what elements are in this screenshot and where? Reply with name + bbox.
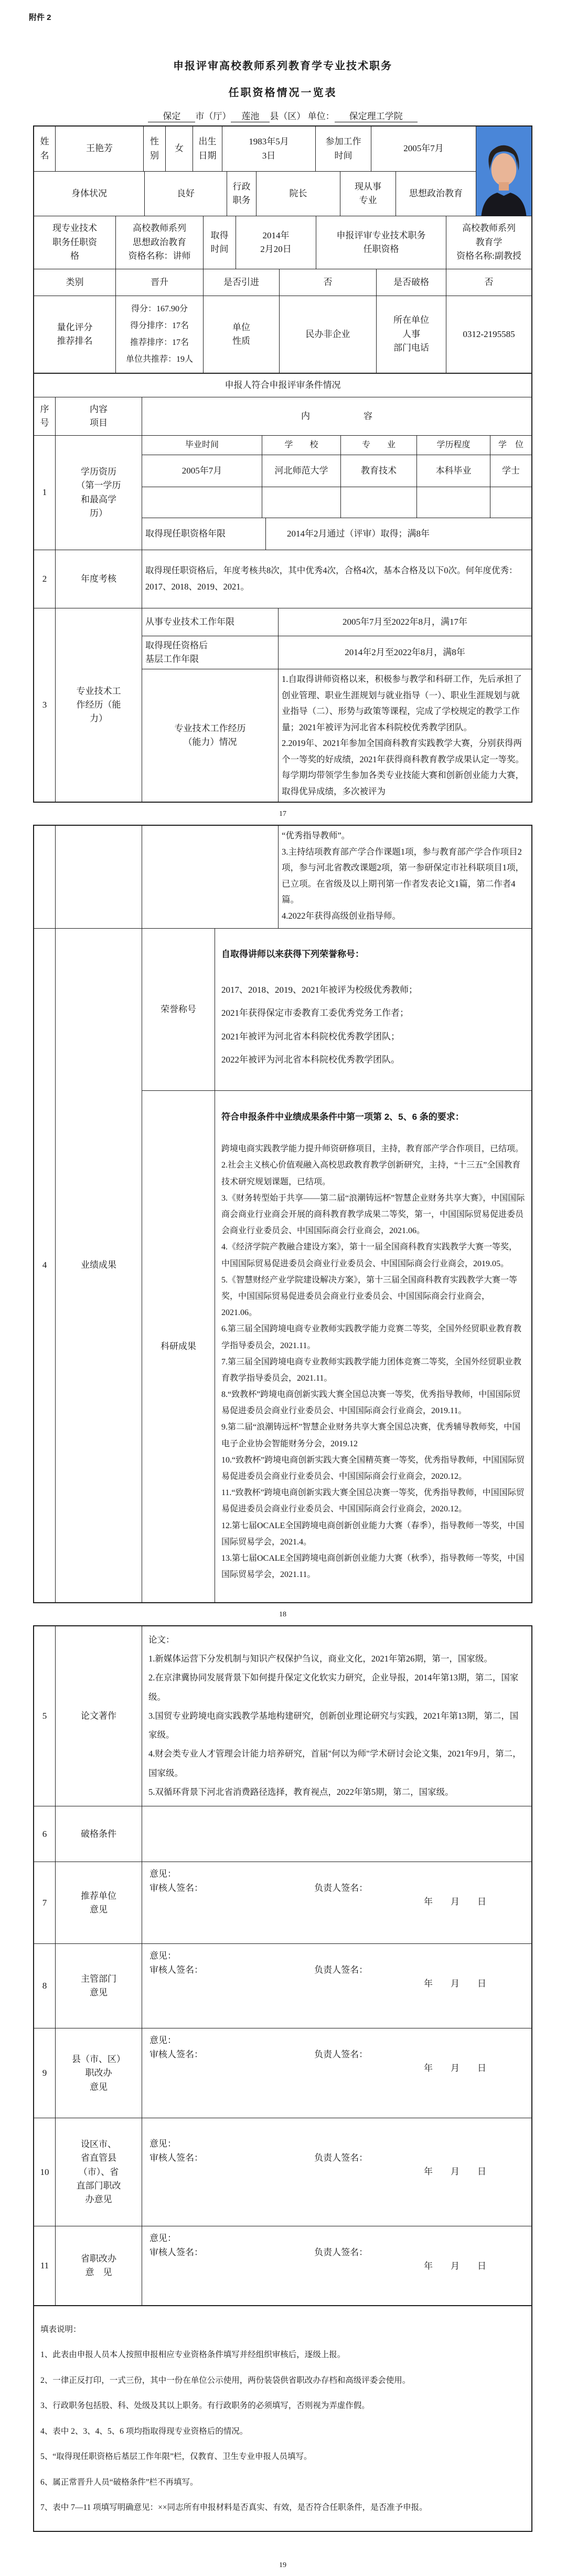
- unit-value: 保定理工学院: [335, 109, 418, 122]
- edu-col-major: 专 业: [340, 436, 416, 455]
- work-start-label: 参加工作 时间: [315, 127, 371, 171]
- work-start-value: 2005年7月: [371, 127, 476, 171]
- honor-row: 荣誉称号 自取得讲师以来获得下列荣誉称号： 2017、2018、2019、202…: [142, 929, 531, 1090]
- col-content-header: 内 容: [142, 397, 531, 435]
- edu-data-row: 2005年7月 河北师范大学 教育技术 本科毕业 学士: [142, 455, 531, 487]
- identity-block: 姓 名 王艳芳 性 别 女 出生 日期 1983年5月 3日 参加工作 时间 2…: [34, 127, 531, 216]
- opinion7-date-label: 年 月 日: [149, 1895, 524, 1909]
- county-suffix: 县（区）: [270, 111, 305, 121]
- opinion9-date-label: 年 月 日: [149, 2062, 524, 2075]
- edu-degree: 学士: [490, 455, 531, 487]
- edu-col-school: 学 校: [262, 436, 340, 455]
- note-line-7: 7、表中 7—11 项填写明确意见：××同志所有申报材料是否真实、有效，是否符合…: [40, 2501, 428, 2514]
- item4-content: 荣誉称号 自取得讲师以来获得下列荣誉称号： 2017、2018、2019、202…: [142, 929, 531, 1602]
- opinion8-responsible-sign-label: 负责人签名：: [314, 1963, 368, 1977]
- opinion10-label: 设区市、 省直管县 （市）、省 直部门职改 办意见: [55, 2118, 142, 2226]
- item6-label: 破格条件: [55, 1806, 142, 1862]
- city-suffix: 市（厅）: [195, 111, 231, 121]
- item2-content: 取得现任职资格后，年度考核共8次，其中优秀4次，合格4次，基本合格及以下0次。何…: [142, 550, 531, 608]
- score-value: 得分：167.90分 得分排序：17名 推荐排序：17名 单位共推荐：19人: [115, 296, 203, 373]
- introduced-value: 否: [279, 269, 376, 296]
- tenure-row: 取得现任职资格年限 2014年2月通过（评审）取得；满8年: [142, 518, 531, 550]
- birth-value: 1983年5月 3日: [222, 127, 315, 171]
- opinion9-seq: 9: [34, 2028, 55, 2118]
- edu-header-row: 毕业时间 学 校 专 业 学历程度 学 位: [142, 436, 531, 455]
- page-subtitle: 任职资格情况一览表: [33, 84, 532, 99]
- opinion8-seq: 8: [34, 1944, 55, 2028]
- item2-label: 年度考核: [55, 550, 142, 608]
- opinion10-seq: 10: [34, 2118, 55, 2226]
- edu-empty-cell: [416, 487, 490, 518]
- opinion8-opinion-label: 意见：: [149, 1949, 524, 1963]
- county-value: 莲池: [231, 109, 270, 122]
- apply-title-value: 高校教师系列 教育学 资格名称:副教授: [446, 216, 531, 269]
- unit-type-value: 民办非企业: [279, 296, 376, 373]
- score-label: 量化评分 推荐排名: [34, 296, 115, 373]
- section-header-title: 申报人符合申报评审条件情况: [34, 374, 531, 397]
- item2-annual-review: 2 年度考核 取得现任职资格后，年度考核共8次，其中优秀4次，合格4次，基本合格…: [34, 550, 531, 608]
- city-value: 保定: [148, 109, 195, 122]
- exception-label: 是否破格: [376, 269, 446, 296]
- health-label: 身体状况: [34, 172, 144, 216]
- item3-row-base-years: 取得现任资格后 基层工作年限 2014年2月至2022年8月，满8年: [142, 636, 531, 669]
- opinion7-responsible-sign-label: 负责人签名：: [314, 1881, 368, 1895]
- edu-col-degree-level: 学历程度: [416, 436, 490, 455]
- item3-cont-label-empty: [55, 826, 142, 928]
- exception-value: 否: [446, 269, 531, 296]
- honor-content: 自取得讲师以来获得下列荣誉称号： 2017、2018、2019、2021年被评为…: [215, 929, 531, 1090]
- main-table-page18: “优秀指导教师”。 3.主持结项教育部产学合作课题1项，参与教育部产学合作项目2…: [33, 825, 532, 1603]
- col-item-header: 内容 项目: [55, 397, 142, 435]
- row-titles: 现专业技术 职务任职资 格 高校教师系列 思想政治教育 资格名称：讲师 取得 时…: [34, 216, 531, 269]
- research-label: 科研成果: [142, 1091, 215, 1602]
- item3-cont-content: “优秀指导教师”。 3.主持结项教育部产学合作课题1项，参与教育部产学合作项目2…: [142, 826, 531, 928]
- tenure-value: 2014年2月通过（评审）取得；满8年: [265, 518, 531, 550]
- opinion8-date-label: 年 月 日: [149, 1977, 524, 1991]
- research-header: 符合申报条件中业绩成果条件中第一项第 2、5、6 条的要求：: [221, 1110, 525, 1124]
- opinion7-seq: 7: [34, 1862, 55, 1943]
- introduced-label: 是否引进: [203, 269, 279, 296]
- current-major-value: 思想政治教育: [396, 172, 476, 216]
- item5-content: 论文： 1.新媒体运营下分发机制与知识产权保护刍议，商业文化，2021年第26期…: [142, 1626, 531, 1806]
- row-health: 身体状况 良好 行政 职务 院长 现从事 专业 思想政治教育: [34, 171, 476, 216]
- item6-exception: 6 破格条件: [34, 1806, 531, 1862]
- birth-label: 出生 日期: [193, 127, 222, 171]
- page-title: 申报评审高校教师系列教育学专业技术职务: [33, 57, 532, 72]
- notes-cell: 填表说明： 1、此表由申报人员本人按照申报相应专业资格条件填写并经组织审核后，逐…: [34, 2306, 531, 2530]
- opinion10-responsible-sign-label: 负责人签名：: [314, 2151, 368, 2165]
- item3-cont-subrow: “优秀指导教师”。 3.主持结项教育部产学合作课题1项，参与教育部产学合作项目2…: [142, 826, 531, 928]
- notes-row: 填表说明： 1、此表由申报人员本人按照申报相应专业资格条件填写并经组织审核后，逐…: [34, 2305, 531, 2530]
- opinion-row-city-office: 10 设区市、 省直管县 （市）、省 直部门职改 办意见 意见： 审核人签名： …: [34, 2118, 531, 2226]
- edu-empty-row: [142, 487, 531, 518]
- document-page: 附件 2 申报评审高校教师系列教育学专业技术职务 任职资格情况一览表 保定市（厅…: [0, 0, 577, 2570]
- item5-seq: 5: [34, 1626, 55, 1806]
- row-category: 类别 晋升 是否引进 否 是否破格 否: [34, 269, 531, 296]
- note-line-1: 1、此表由申报人员本人按照申报相应专业资格条件填写并经组织审核后，逐级上报。: [40, 2349, 428, 2361]
- item3-content: 从事专业技术工作年限 2005年7月至2022年8月，满17年 取得现任资格后 …: [142, 608, 531, 802]
- portrait-photo-icon: [476, 127, 531, 216]
- item2-seq: 2: [34, 550, 55, 608]
- item3-cont-sublabel-empty: [142, 826, 278, 928]
- ability-value-continued: “优秀指导教师”。 3.主持结项教育部产学合作课题1项，参与教育部产学合作项目2…: [278, 826, 531, 928]
- current-title-label: 现专业技术 职务任职资 格: [34, 216, 115, 269]
- location-line: 保定市（厅）莲池县（区） 单位：保定理工学院: [33, 109, 532, 122]
- item1-seq: 1: [34, 436, 55, 550]
- opinion10-date-label: 年 月 日: [149, 2165, 524, 2179]
- opinion11-date-label: 年 月 日: [149, 2259, 524, 2273]
- item3-label: 专业技术工 作经历（能 力）: [55, 608, 142, 802]
- edu-degree-level: 本科毕业: [416, 455, 490, 487]
- row-section-header: 申报人符合申报评审条件情况: [34, 373, 531, 397]
- item3-cont-seq-empty: [34, 826, 55, 928]
- main-table-page17: 姓 名 王艳芳 性 别 女 出生 日期 1983年5月 3日 参加工作 时间 2…: [33, 125, 532, 803]
- main-table-page19: 5 论文著作 论文： 1.新媒体运营下分发机制与知识产权保护刍议，商业文化，20…: [33, 1625, 532, 2532]
- opinion11-opinion-label: 意见：: [149, 2232, 524, 2245]
- opinion11-label: 省职改办 意 见: [55, 2226, 142, 2305]
- edu-col-degree: 学 位: [490, 436, 531, 455]
- tech-years-label: 从事专业技术工作年限: [142, 608, 278, 636]
- unit-label: 单位：: [308, 111, 335, 121]
- edu-empty-cell: [490, 487, 531, 518]
- opinion8-content: 意见： 审核人签名： 负责人签名： 年 月 日: [142, 1944, 531, 2028]
- obtain-time-label: 取得 时间: [203, 216, 236, 269]
- gender-value: 女: [165, 127, 193, 171]
- opinion-row-recommending-unit: 7 推荐单位 意见 意见： 审核人签名： 负责人签名： 年 月 日: [34, 1862, 531, 1943]
- opinion10-content: 意见： 审核人签名： 负责人签名： 年 月 日: [142, 2118, 531, 2226]
- hr-phone-value: 0312-2195585: [446, 296, 531, 373]
- item6-seq: 6: [34, 1806, 55, 1862]
- note-line-3: 3、行政职务包括股、科、处级及其以上职务。有行政职务的必须填写，否则视为弄虚作假…: [40, 2400, 428, 2412]
- research-row: 科研成果 符合申报条件中业绩成果条件中第一项第 2、5、6 条的要求： 跨境电商…: [142, 1090, 531, 1602]
- edu-grad-time: 2005年7月: [142, 455, 262, 487]
- attachment-label: 附件 2: [29, 0, 532, 23]
- opinion11-responsible-sign-label: 负责人签名：: [314, 2246, 368, 2259]
- item1-education: 1 学历资历 （第一学历 和最高学 历） 毕业时间 学 校 专 业 学历程度 学…: [34, 435, 531, 550]
- opinion9-responsible-sign-label: 负责人签名：: [314, 2048, 368, 2062]
- opinion11-content: 意见： 审核人签名： 负责人签名： 年 月 日: [142, 2226, 531, 2305]
- obtain-time-value: 2014年 2月20日: [236, 216, 316, 269]
- item6-content: [142, 1806, 531, 1862]
- item4-seq: 4: [34, 929, 55, 1602]
- opinion11-seq: 11: [34, 2226, 55, 2305]
- item4-achievements: 4 业绩成果 荣誉称号 自取得讲师以来获得下列荣誉称号： 2017、2018、2…: [34, 928, 531, 1602]
- name-value: 王艳芳: [55, 127, 143, 171]
- opinion-row-county-office: 9 县（市、区） 职改办 意见 意见： 审核人签名： 负责人签名： 年 月 日: [34, 2028, 531, 2118]
- opinion-row-competent-department: 8 主管部门 意见 意见： 审核人签名： 负责人签名： 年 月 日: [34, 1943, 531, 2028]
- col-seq-header: 序 号: [34, 397, 55, 435]
- opinion11-reviewer-sign-label: 审核人签名：: [149, 2246, 314, 2259]
- item1-content: 毕业时间 学 校 专 业 学历程度 学 位 2005年7月 河北师范大学 教育技…: [142, 436, 531, 550]
- item3-continued-row: “优秀指导教师”。 3.主持结项教育部产学合作课题1项，参与教育部产学合作项目2…: [34, 826, 531, 928]
- gender-label: 性 别: [143, 127, 165, 171]
- opinion9-label: 县（市、区） 职改办 意见: [55, 2028, 142, 2118]
- honor-header: 自取得讲师以来获得下列荣誉称号：: [221, 948, 418, 961]
- unit-type-label: 单位 性质: [203, 296, 279, 373]
- admin-post-value: 院长: [256, 172, 340, 216]
- page-number-18: 18: [33, 1611, 532, 1619]
- tech-years-value: 2005年7月至2022年8月，满17年: [278, 608, 531, 636]
- opinion9-reviewer-sign-label: 审核人签名：: [149, 2048, 314, 2062]
- opinion7-opinion-label: 意见：: [149, 1867, 524, 1881]
- ability-label: 专业技术工作经历 （能力）情况: [142, 669, 278, 802]
- edu-empty-cell: [142, 487, 262, 518]
- note-line-4: 4、表中 2、3、4、5、6 项均指取得现专业资格后的情况。: [40, 2425, 428, 2437]
- item3-seq: 3: [34, 608, 55, 802]
- opinion10-opinion-label: 意见：: [149, 2123, 524, 2151]
- opinion7-content: 意见： 审核人签名： 负责人签名： 年 月 日: [142, 1862, 531, 1943]
- notes-title: 填表说明：: [40, 2323, 428, 2336]
- current-title-value: 高校教师系列 思想政治教育 资格名称：讲师: [115, 216, 203, 269]
- item3-experience: 3 专业技术工 作经历（能 力） 从事专业技术工作年限 2005年7月至2022…: [34, 608, 531, 802]
- opinion-row-province-office: 11 省职改办 意 见 意见： 审核人签名： 负责人签名： 年 月 日: [34, 2226, 531, 2305]
- edu-empty-cell: [340, 487, 416, 518]
- opinion10-reviewer-sign-label: 审核人签名：: [149, 2151, 314, 2165]
- apply-title-label: 申报评审专业技术职务 任职资格: [316, 216, 446, 269]
- honor-body: 2017、2018、2019、2021年被评为校级优秀教师； 2021年获得保定…: [221, 979, 418, 1071]
- item4-label: 业绩成果: [55, 929, 142, 1602]
- row-name: 姓 名 王艳芳 性 别 女 出生 日期 1983年5月 3日 参加工作 时间 2…: [34, 127, 476, 171]
- edu-empty-cell: [262, 487, 340, 518]
- opinion9-content: 意见： 审核人签名： 负责人签名： 年 月 日: [142, 2028, 531, 2118]
- research-body: 跨境电商实践教学能力提升师资研修项目，主持，教育部产学合作项目，已结项。 2.社…: [221, 1141, 525, 1583]
- item3-row-ability: 专业技术工作经历 （能力）情况 1.自取得讲师资格以来，积极参与教学和科研工作，…: [142, 669, 531, 802]
- base-years-value: 2014年2月至2022年8月，满8年: [278, 636, 531, 669]
- opinion7-label: 推荐单位 意见: [55, 1862, 142, 1943]
- page-number-19: 19: [33, 2561, 532, 2570]
- note-line-6: 6、属正常晋升人员“破格条件”栏不再填写。: [40, 2476, 428, 2488]
- identity-rows: 姓 名 王艳芳 性 别 女 出生 日期 1983年5月 3日 参加工作 时间 2…: [34, 127, 476, 216]
- ability-value: 1.自取得讲师资格以来，积极参与教学和科研工作，先后承担了创业管理、职业生涯规划…: [278, 669, 531, 802]
- category-label: 类别: [34, 269, 115, 296]
- opinion8-reviewer-sign-label: 审核人签名：: [149, 1963, 314, 1977]
- item1-label: 学历资历 （第一学历 和最高学 历）: [55, 436, 142, 550]
- hr-phone-label: 所在单位 人事 部门电话: [376, 296, 446, 373]
- research-content: 符合申报条件中业绩成果条件中第一项第 2、5、6 条的要求： 跨境电商实践教学能…: [215, 1091, 531, 1602]
- row-columns-header: 序 号 内容 项目 内 容: [34, 397, 531, 435]
- tenure-label: 取得现任职资格年限: [142, 518, 265, 550]
- item3-row-years: 从事专业技术工作年限 2005年7月至2022年8月，满17年: [142, 608, 531, 636]
- item5-label: 论文著作: [55, 1626, 142, 1806]
- admin-post-label: 行政 职务: [227, 172, 256, 216]
- item5-papers: 5 论文著作 论文： 1.新媒体运营下分发机制与知识产权保护刍议，商业文化，20…: [34, 1626, 531, 1806]
- category-value: 晋升: [115, 269, 203, 296]
- page-number-17: 17: [33, 810, 532, 818]
- name-label: 姓 名: [34, 127, 55, 171]
- opinion7-reviewer-sign-label: 审核人签名：: [149, 1881, 314, 1895]
- current-major-label: 现从事 专业: [340, 172, 396, 216]
- base-years-label: 取得现任资格后 基层工作年限: [142, 636, 278, 669]
- id-photo: [476, 127, 531, 216]
- opinion8-label: 主管部门 意见: [55, 1944, 142, 2028]
- row-score: 量化评分 推荐排名 得分：167.90分 得分排序：17名 推荐排序：17名 单…: [34, 296, 531, 373]
- edu-school: 河北师范大学: [262, 455, 340, 487]
- honor-label: 荣誉称号: [142, 929, 215, 1090]
- edu-col-grad-time: 毕业时间: [142, 436, 262, 455]
- note-line-5: 5、“取得现任职资格后基层工作年限”栏，仅教育、卫生专业申报人员填写。: [40, 2451, 428, 2463]
- note-line-2: 2、一律正反打印，一式三份，其中一份在单位公示使用，两份装袋供省职改办存档和高级…: [40, 2374, 428, 2386]
- opinion9-opinion-label: 意见：: [149, 2034, 524, 2047]
- edu-major: 教育技术: [340, 455, 416, 487]
- health-value: 良好: [144, 172, 227, 216]
